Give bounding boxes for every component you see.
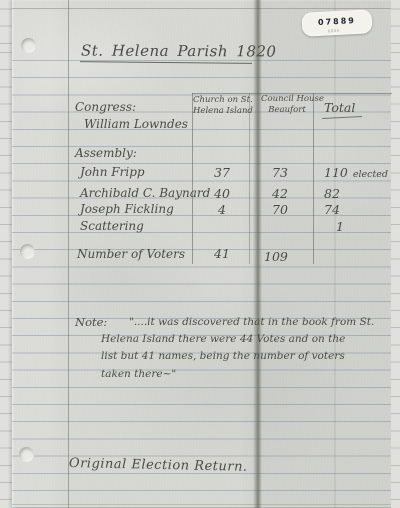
voters-count-council: 109 [264, 249, 288, 264]
voters-label: Number of Voters [77, 247, 185, 261]
note-line: Helena Island there were 44 Votes and on… [101, 331, 400, 348]
column-header-church: Church on St. Helena Island [193, 95, 250, 117]
column-header-council-line2: Beaufort [261, 105, 313, 116]
column-header-church-line2: Helena Island [193, 106, 250, 117]
congress-candidate: William Lowndes [84, 117, 188, 131]
vote-count-council: 70 [256, 202, 304, 217]
vote-count-church: 4 [196, 202, 248, 217]
sticker-number: 07889 [302, 15, 372, 28]
column-header-church-line1: Church on St. [193, 95, 250, 106]
punch-hole-middle [20, 244, 35, 259]
note-text: "....it was discovered that in the book … [101, 314, 400, 383]
total-value: 110 [324, 165, 348, 180]
note-line: list but 41 names, being the number of v… [101, 348, 400, 365]
column-header-council-line1: Council House [261, 94, 313, 105]
margin-line [68, 0, 69, 508]
vote-count-total: 82 [324, 186, 340, 201]
voters-count-church: 41 [196, 246, 248, 261]
candidate-name: John Fripp [80, 165, 145, 179]
vote-count-council: 42 [256, 186, 304, 201]
vote-count-church: 37 [196, 165, 248, 180]
inventory-sticker: 07889 [301, 9, 372, 37]
table-divider-left [192, 93, 193, 264]
page-title: St. Helena Parish 1820 [81, 41, 277, 60]
candidate-name: Joseph Fickling [80, 202, 174, 216]
scanned-document: 07889 St. Helena Parish 1820 Congress: W… [0, 0, 400, 508]
fold-line [334, 0, 336, 508]
congress-heading: Congress: [75, 100, 136, 114]
table-divider-right [313, 93, 314, 264]
center-crease-line [253, 0, 262, 508]
table-divider-middle [249, 93, 250, 264]
assembly-heading: Assembly: [75, 146, 137, 160]
candidate-name: Scattering [80, 219, 144, 233]
note-line: taken there~" [101, 366, 400, 383]
vote-count-total: 110elected [324, 165, 388, 180]
sticker-barcode-marks [328, 29, 338, 33]
vote-count-total: 1 [324, 219, 344, 234]
candidate-name: Archibald C. Baynard [80, 186, 210, 200]
vote-count-total: 74 [324, 202, 340, 217]
punch-hole-top [21, 38, 36, 53]
column-header-council: Council House Beaufort [261, 94, 313, 116]
vote-count-council: 73 [256, 165, 304, 180]
vote-count-church: 40 [196, 186, 248, 201]
column-header-total: Total [324, 102, 355, 113]
elected-annotation: elected [353, 169, 388, 180]
punch-hole-bottom [19, 447, 34, 462]
note-line: "....it was discovered that in the book … [101, 314, 400, 331]
